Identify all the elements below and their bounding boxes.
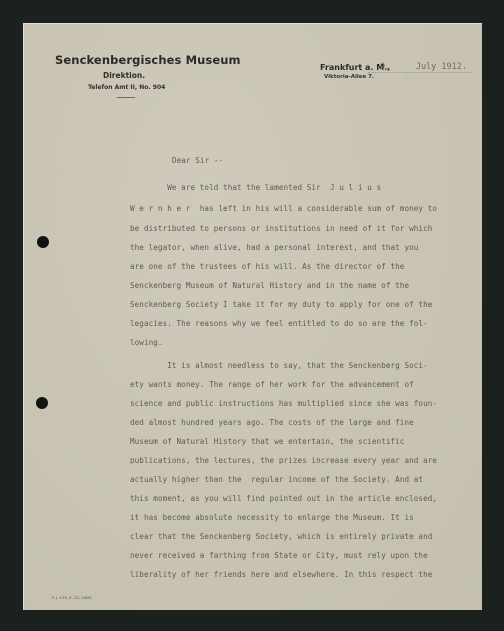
body-line: legacies. The reasons why we feel entitl… — [130, 319, 428, 328]
body-line: Museum of Natural History that we entert… — [130, 437, 404, 446]
telephone-line: Telefon Amt II, No. 904 — [88, 84, 165, 91]
body-line: liberality of her friends here and elsew… — [130, 570, 432, 579]
body-line: ded almost hundred years ago. The costs … — [130, 418, 414, 427]
body-line: this moment, as you will find pointed ou… — [130, 494, 437, 503]
body-line: We are told that the lamented Sir J u l … — [130, 183, 381, 192]
print-code: F. J. 115, 6. 12. 2000. — [52, 595, 92, 600]
body-line: it has become absolute necessity to enla… — [130, 513, 414, 522]
salutation: Dear Sir -- — [172, 156, 223, 165]
letter-date: 9. July 1912. — [380, 62, 467, 72]
body-line: are one of the trustees of his will. As … — [130, 262, 404, 271]
department-label: Direktion. — [103, 71, 145, 80]
body-line: the legator, when alive, had a personal … — [130, 243, 418, 252]
body-line: publications, the lectures, the prizes i… — [130, 456, 437, 465]
body-line: be distributed to persons or institution… — [130, 224, 432, 233]
body-line: It is almost needless to say, that the S… — [130, 361, 428, 370]
body-line: Senckenberg Museum of Natural History an… — [130, 281, 409, 290]
punch-hole-top — [37, 236, 49, 248]
body-line: actually higher than the regular income … — [130, 475, 423, 484]
street-address: Viktoria-Allee 7. — [324, 74, 374, 80]
body-line: lowing. — [130, 338, 163, 347]
letterhead-divider — [117, 97, 135, 98]
institution-name: Senckenbergisches Museum — [55, 53, 241, 67]
body-line: Senckenberg Society I take it for my dut… — [130, 300, 432, 309]
body-line: science and public instructions has mult… — [130, 399, 437, 408]
bleed-through-text: - - - - - - - - - - - - - - - — [60, 170, 189, 179]
body-line: ety wants money. The range of her work f… — [130, 380, 414, 389]
date-underline — [368, 72, 472, 73]
punch-hole-bottom — [36, 397, 48, 409]
body-line: clear that the Senckenberg Society, whic… — [130, 532, 432, 541]
body-line: never received a farthing from State or … — [130, 551, 428, 560]
body-line: W e r n h e r has left in his will a con… — [130, 204, 437, 213]
